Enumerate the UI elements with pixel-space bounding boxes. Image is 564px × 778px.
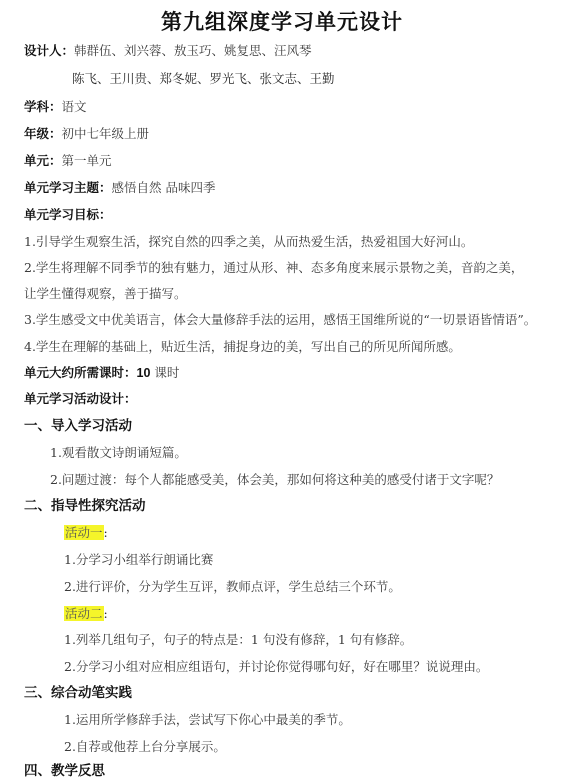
grade-value: 初中七年级上册 bbox=[62, 126, 150, 141]
unit-row: 单元：第一单元 bbox=[24, 152, 112, 170]
section-item: 1.观看散文诗朗诵短篇。 bbox=[50, 444, 187, 462]
section-item: 2.问题过渡：每个人都能感受美，体会美，那如何将这种美的感受付诸于文字呢？ bbox=[50, 471, 499, 489]
hours-unit: 课时 bbox=[150, 365, 179, 380]
section-item: 2.分学习小组对应相应组语句，并讨论你觉得哪句好，好在哪里？说说理由。 bbox=[64, 658, 488, 676]
goal-item: 4.学生在理解的基础上，贴近生活，捕捉身边的美，写出自己的所见所闻所感。 bbox=[24, 338, 461, 356]
section-item: 2.自荐或他荐上台分享展示。 bbox=[64, 738, 226, 756]
activity-2-label: 活动二: bbox=[64, 605, 108, 623]
section-item: 1.运用所学修辞手法，尝试写下你心中最美的季节。 bbox=[64, 711, 351, 729]
goal-item: 3.学生感受文中优美语言，体会大量修辞手法的运用，感悟王国维所说的“一切景语皆情… bbox=[24, 311, 536, 329]
goal-item: 2.学生将理解不同季节的独有魅力，通过从形、神、态多角度来展示景物之美，音韵之美… bbox=[24, 259, 523, 277]
grade-label: 年级： bbox=[24, 126, 62, 141]
grade-row: 年级：初中七年级上册 bbox=[24, 125, 149, 143]
hours-row: 单元大约所需课时：10 课时 bbox=[24, 364, 179, 382]
goal-item: 1.引导学生观察生活，探究自然的四季之美，从而热爱生活，热爱祖国大好河山。 bbox=[24, 233, 473, 251]
subject-label: 学科： bbox=[24, 99, 62, 114]
designers-line2: 陈飞、王川贵、郑冬妮、罗光飞、张文志、王勤 bbox=[72, 70, 335, 88]
designers-line1: 韩群伍、刘兴蓉、敖玉巧、姚复思、汪风琴 bbox=[74, 43, 312, 58]
section-heading-3: 三、综合动笔实践 bbox=[24, 684, 132, 702]
activity-2-highlight: 活动二 bbox=[64, 606, 104, 621]
document-title: 第九组深度学习单元设计 bbox=[0, 6, 564, 36]
section-heading-2: 二、指导性探究活动 bbox=[24, 497, 146, 515]
designers-row: 设计人：韩群伍、刘兴蓉、敖玉巧、姚复思、汪风琴 bbox=[24, 42, 312, 60]
section-heading-1: 一、导入学习活动 bbox=[24, 417, 132, 435]
theme-label: 单元学习主题： bbox=[24, 180, 112, 195]
hours-label: 单元大约所需课时： bbox=[24, 365, 137, 380]
designers-label: 设计人： bbox=[24, 43, 74, 58]
section-heading-4: 四、教学反思 bbox=[24, 762, 105, 778]
section-item: 1.列举几组句子，句子的特点是：1 句没有修辞，1 句有修辞。 bbox=[64, 631, 412, 649]
unit-value: 第一单元 bbox=[62, 153, 112, 168]
subject-value: 语文 bbox=[62, 99, 87, 114]
section-item: 1.分学习小组举行朗诵比赛 bbox=[64, 551, 213, 569]
goals-label: 单元学习目标： bbox=[24, 206, 112, 224]
theme-value: 感悟自然 品味四季 bbox=[112, 180, 216, 195]
section-item: 2.进行评价，分为学生互评，教师点评，学生总结三个环节。 bbox=[64, 578, 401, 596]
unit-label: 单元： bbox=[24, 153, 62, 168]
activity-1-label: 活动一: bbox=[64, 524, 108, 542]
hours-number: 10 bbox=[137, 366, 151, 380]
goal-item: 让学生懂得观察，善于描写。 bbox=[24, 285, 187, 303]
activity-1-highlight: 活动一 bbox=[64, 525, 104, 540]
theme-row: 单元学习主题：感悟自然 品味四季 bbox=[24, 179, 216, 197]
subject-row: 学科：语文 bbox=[24, 98, 87, 116]
activities-label: 单元学习活动设计： bbox=[24, 390, 137, 408]
